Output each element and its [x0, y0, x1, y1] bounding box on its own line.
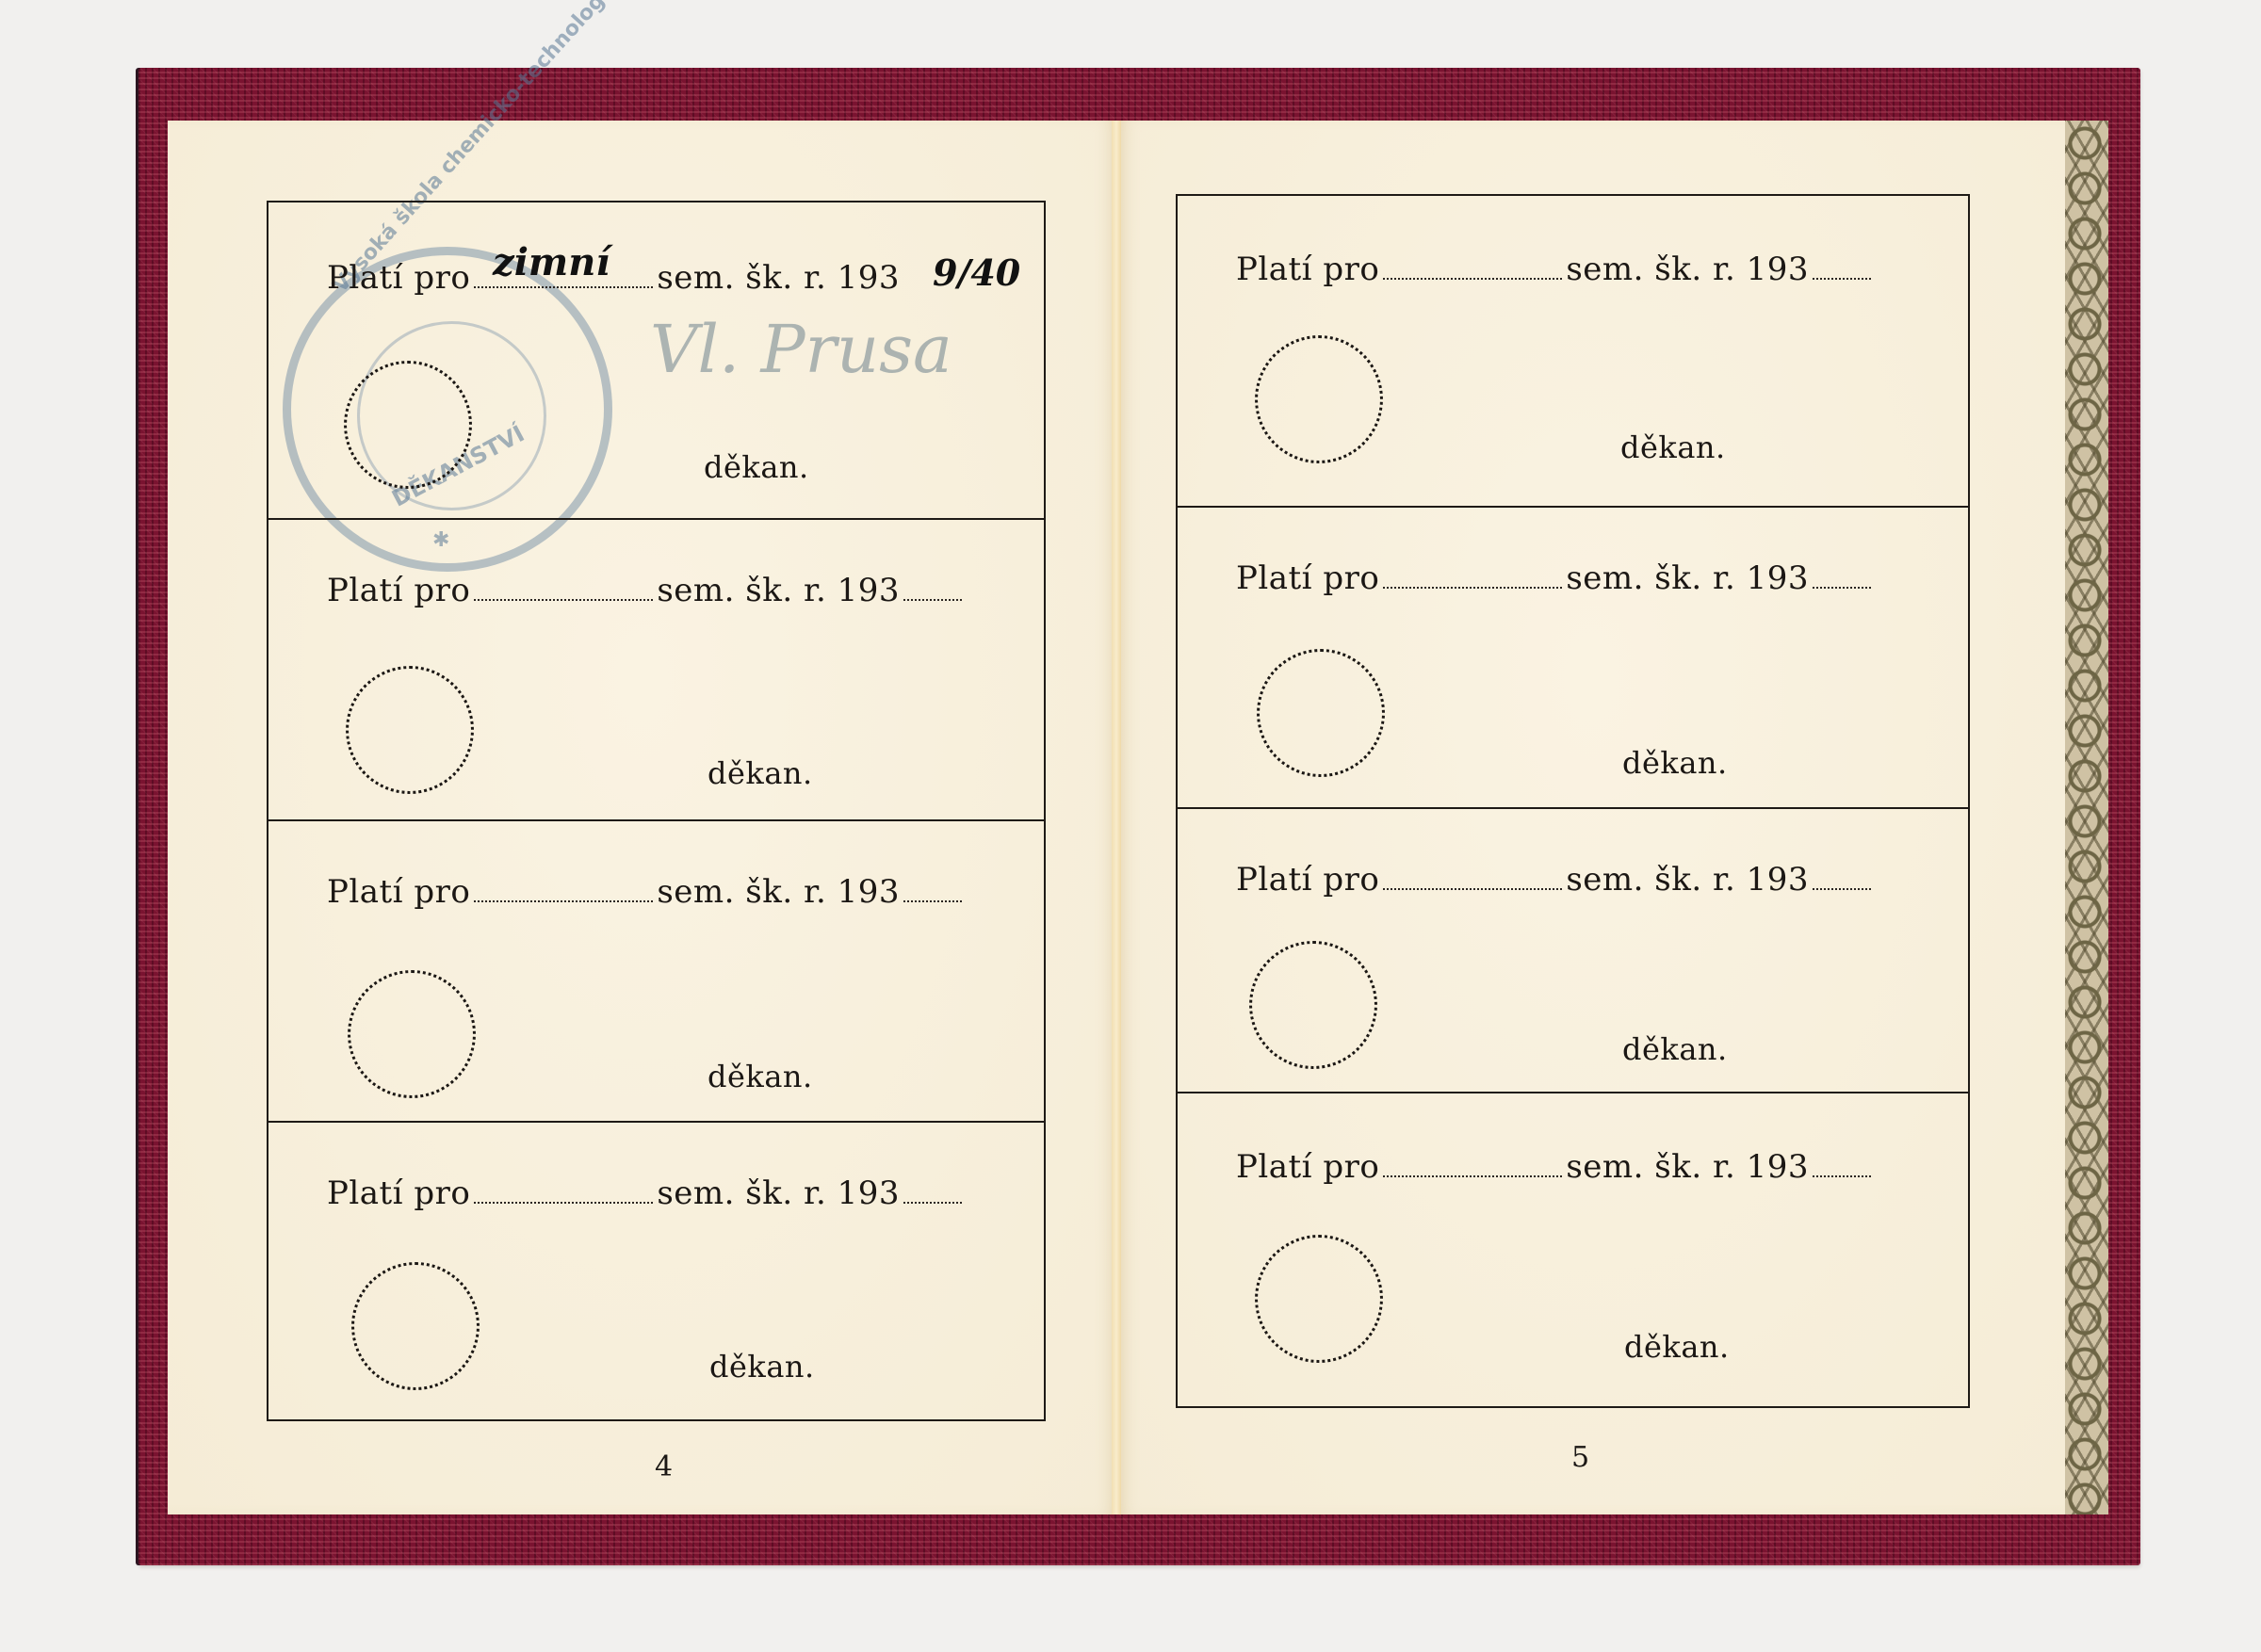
semester-year-label: sem. šk. r. 193 — [657, 873, 900, 911]
year-handwritten-value: 9/40 — [933, 251, 1020, 294]
entry-line: Platí prosem. šk. r. 193 — [327, 1174, 966, 1212]
entry-row: Platí prosem. šk. r. 193 zimní 9/40 děka… — [268, 202, 1044, 520]
decorative-endpaper-strip — [2061, 121, 2108, 1514]
dean-label: děkan. — [704, 449, 809, 485]
semester-year-label: sem. šk. r. 193 — [1566, 251, 1809, 288]
semester-field[interactable] — [1383, 888, 1562, 890]
seal-placeholder-circle — [351, 1262, 480, 1390]
seal-placeholder-circle — [1255, 335, 1383, 463]
year-field[interactable] — [903, 599, 962, 601]
valid-for-label: Platí pro — [327, 572, 470, 609]
entry-row: Platí prosem. šk. r. 193 děkan. — [1178, 196, 1968, 508]
semester-field[interactable] — [1383, 587, 1562, 589]
entry-line: Platí prosem. šk. r. 193 — [1236, 861, 1875, 899]
dean-label: děkan. — [1624, 1329, 1730, 1365]
dean-label: děkan. — [708, 755, 813, 791]
seal-placeholder-circle — [1255, 1235, 1383, 1363]
semester-field[interactable] — [474, 1202, 653, 1204]
semester-year-label: sem. šk. r. 193 — [1566, 559, 1809, 597]
semester-year-label: sem. šk. r. 193 — [1566, 861, 1809, 899]
entry-line: Platí prosem. šk. r. 193 — [327, 572, 966, 609]
entry-line: Platí prosem. šk. r. 193 — [1236, 559, 1875, 597]
entry-row: Platí prosem. šk. r. 193 děkan. — [1178, 508, 1968, 809]
right-form-box: Platí prosem. šk. r. 193 děkan. Platí pr… — [1176, 194, 1970, 1408]
semester-year-label: sem. šk. r. 193 — [657, 572, 900, 609]
year-field[interactable] — [1813, 1175, 1871, 1177]
valid-for-label: Platí pro — [1236, 861, 1379, 899]
dean-label: děkan. — [1622, 745, 1728, 781]
page-number-right: 5 — [1571, 1441, 1589, 1474]
year-field[interactable] — [1813, 278, 1871, 280]
dean-label: děkan. — [709, 1349, 815, 1385]
entry-row: Platí prosem. šk. r. 193 děkan. — [1178, 1093, 1968, 1404]
semester-field[interactable] — [474, 599, 653, 601]
year-field[interactable] — [1813, 888, 1871, 890]
seal-placeholder-circle — [348, 970, 476, 1098]
book-gutter — [1112, 121, 1121, 1514]
semester-field[interactable] — [1383, 1175, 1562, 1177]
seal-placeholder-circle — [1257, 649, 1385, 777]
entry-row: Platí prosem. šk. r. 193 děkan. — [268, 520, 1044, 821]
entry-line: Platí prosem. šk. r. 193 — [1236, 1148, 1875, 1186]
valid-for-label: Platí pro — [1236, 1148, 1379, 1186]
valid-for-label: Platí pro — [327, 259, 470, 297]
semester-year-label: sem. šk. r. 193 — [657, 259, 900, 297]
semester-field[interactable] — [474, 286, 653, 288]
entry-line: Platí prosem. šk. r. 193 — [327, 259, 900, 297]
year-field[interactable] — [1813, 587, 1871, 589]
entry-row: Platí prosem. šk. r. 193 děkan. — [1178, 809, 1968, 1093]
seal-placeholder-circle — [1249, 941, 1377, 1069]
seal-placeholder-circle — [344, 361, 472, 489]
valid-for-label: Platí pro — [327, 873, 470, 911]
semester-field[interactable] — [474, 900, 653, 902]
entry-row: Platí prosem. šk. r. 193 děkan. — [268, 1123, 1044, 1417]
dean-label: děkan. — [708, 1059, 813, 1094]
valid-for-label: Platí pro — [1236, 251, 1379, 288]
entry-line: Platí prosem. šk. r. 193 — [327, 873, 966, 911]
semester-handwritten-value: zimní — [493, 240, 610, 284]
year-field[interactable] — [903, 1202, 962, 1204]
valid-for-label: Platí pro — [327, 1174, 470, 1212]
dean-label: děkan. — [1622, 1031, 1728, 1067]
seal-placeholder-circle — [346, 666, 474, 794]
entry-line: Platí prosem. šk. r. 193 — [1236, 251, 1875, 288]
page-number-left: 4 — [655, 1450, 673, 1483]
semester-year-label: sem. šk. r. 193 — [657, 1174, 900, 1212]
semester-field[interactable] — [1383, 278, 1562, 280]
entry-row: Platí prosem. šk. r. 193 děkan. — [268, 821, 1044, 1123]
left-form-box: Platí prosem. šk. r. 193 zimní 9/40 děka… — [267, 201, 1046, 1421]
semester-year-label: sem. šk. r. 193 — [1566, 1148, 1809, 1186]
dean-label: děkan. — [1620, 429, 1726, 465]
valid-for-label: Platí pro — [1236, 559, 1379, 597]
year-field[interactable] — [903, 900, 962, 902]
